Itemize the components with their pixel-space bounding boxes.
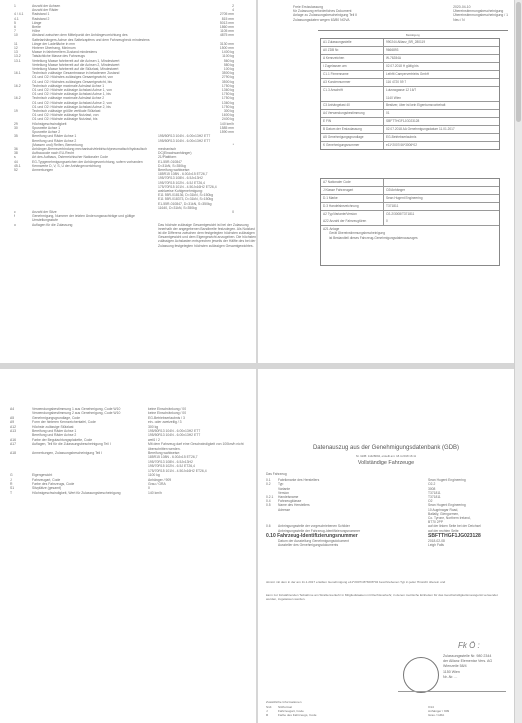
form-value: Lutzowgasse 12 16/7 1140 Wien	[384, 87, 499, 101]
data-row: THöchstgeschwindigkeit, Wert für Zulassu…	[0, 491, 256, 495]
form-key: A1 Zulassungsstelle	[321, 39, 384, 46]
form-value: Sean Hugent Engineering	[384, 195, 499, 202]
signature: Fk Ö :	[458, 641, 480, 650]
form-key: D.1 Marke	[321, 195, 384, 202]
vehicle-code	[266, 543, 278, 547]
data-label: Anmerkungen, Zulassungsbescheinigung Tei…	[32, 451, 148, 473]
spec-code: 52	[0, 168, 32, 210]
document-viewer: 1Anzahl der Achsen2Anzahl der Räder44 / …	[0, 0, 514, 723]
vehicle-code	[266, 508, 278, 525]
form-value: EG-Betriebserlaubnis	[384, 134, 499, 141]
conformity-paragraph: stimmt mit dem in der am 11.1.2017 ertei…	[266, 580, 506, 584]
form-value: W-76284A	[384, 55, 499, 62]
form-value: SBFTTHGF1JG023128	[384, 118, 499, 125]
spec-code: o	[0, 223, 32, 248]
registration-form: A1 Zulassungsstelle990244 Allianz_BR_280…	[320, 38, 500, 150]
form-key: B Datum der Erstzulassung	[321, 126, 384, 133]
form-row: D.1 MarkeSean Hugent Engineering	[321, 195, 499, 203]
form-key: A0 ZDB Nr.	[321, 47, 384, 54]
page-header: Freie Erstzulassung für Zulassung erford…	[293, 5, 508, 22]
form-row: A22 Anzahl der Fahrzeugtüren 0	[321, 218, 499, 226]
vehicle-value: Leigh Falls	[428, 543, 506, 547]
form-row: A4 Verwendungsbestimmung01	[321, 110, 499, 118]
spec-label: Anmerkungen	[32, 168, 150, 210]
vertical-scrollbar[interactable]	[514, 0, 522, 723]
data-code: A18	[0, 451, 32, 473]
vehicle-label: Adresse	[278, 508, 428, 525]
additional-data-list: A4Verwendungsbestimmung 1 aus Genehmigun…	[0, 407, 256, 495]
official-stamp-icon	[403, 657, 439, 693]
header-right: 2020-04-10 Übereinstimmungsbescheinigung…	[453, 5, 508, 22]
form-row: A0 ZDB Nr.9666893	[321, 47, 499, 55]
spec-value	[150, 214, 256, 222]
form-row: C1.1 FirmennameLeihfit Campervertriebs G…	[321, 71, 499, 79]
form-key: I Zugelassen am	[321, 63, 384, 70]
vehicle-row: Adresse10 Augrinagar Road, Ballally, Gle…	[266, 508, 506, 525]
document-page-4: Datenauszug aus der Genehmigungsdatenban…	[258, 369, 514, 723]
registration-paragraph: kann zur fortwährenden Teilnahme am Stra…	[266, 593, 506, 601]
form-value: 990244 Allianz_BR_280119	[384, 39, 499, 46]
document-subtitle: Nr. GDB: 11428094, erstellt am: 18.4.201…	[258, 454, 514, 458]
form-row: A3 Kundennummer116 4720 59 7	[321, 79, 499, 87]
form-value: Besitzer, über ist kein Eigentumsvorbeha…	[384, 102, 499, 109]
data-row: A18Anmerkungen, Zulassungsbescheinigung …	[0, 451, 256, 473]
vehicle-form: A7 Nationaler CodeJ Klasse FahrzeugartO2…	[320, 178, 500, 266]
additional-row: RFarbe des Fahrzeugs, CodeGrau / GRA	[266, 713, 506, 717]
form-key: A4 Verwendungsbestimmung	[321, 110, 384, 117]
document-page-2: Freie Erstzulassung für Zulassung erford…	[258, 0, 514, 363]
spec-list: 1Anzahl der Achsen2Anzahl der Räder44 / …	[0, 4, 256, 248]
data-value: Bereifung wahlweise: 185R15 108N - 6.00J…	[148, 451, 256, 473]
form-key: A7 Nationaler Code	[321, 179, 384, 186]
form-value: O2-2/3008/T371811	[384, 211, 499, 218]
spec-label: Genehmigung, Nummer der letzten Änderung…	[32, 214, 150, 222]
form-value	[384, 179, 499, 186]
form-row: A2 Typ/Variante/VersionO2-2/3008/T371811	[321, 211, 499, 218]
form-value: O2/Anhänger	[384, 187, 499, 194]
form-key: C1.1 Firmenname	[321, 71, 384, 78]
document-page-3: A4Verwendungsbestimmung 1 aus Genehmigun…	[0, 369, 256, 723]
spec-label: Auflagen für die Zulassung	[32, 223, 150, 248]
additional-code: R	[266, 713, 278, 717]
form-row: K Genehmigungsnummere11*2007/46*3006*02	[321, 142, 499, 149]
form-key: K Genehmigungsnummer	[321, 142, 384, 149]
data-label: Auflagen, Teil für die Zulassungsbeschei…	[32, 442, 148, 451]
form-row: A KennzeichenW-76284A	[321, 55, 499, 63]
form-row: E FINSBFTTHGF1JG023128	[321, 118, 499, 126]
vehicle-details: Das Fahrzeug 0.1Fabrikmarke des Herstell…	[266, 472, 506, 547]
form-key: C1.3 Anschrift	[321, 87, 384, 101]
spec-code: 10	[0, 33, 32, 41]
form-value: T371811	[384, 203, 499, 210]
section-title: Das Fahrzeug	[266, 472, 506, 476]
form-row: C1.3 AnschriftLutzowgasse 12 16/7 1140 W…	[321, 87, 499, 102]
form-value: 02.07.2018 H gültig bis	[384, 63, 499, 70]
header-left: Freie Erstzulassung für Zulassung erford…	[293, 5, 357, 22]
form-row: C3 Anhängelast 40Besitzer, über ist kein…	[321, 102, 499, 110]
form-row: B Datum der Erstzulassung02.07.2018 AA G…	[321, 126, 499, 134]
data-code: T	[0, 491, 32, 495]
form-value: e11*2007/46*3006*02	[384, 142, 499, 149]
vehicle-row: Aussteller des GenehmigungsdokumentsLeig…	[266, 543, 506, 547]
additional-label: Farbe des Fahrzeugs, Code	[278, 713, 428, 717]
form-key: A5 Genehmigungsgrundlage	[321, 134, 384, 141]
form-value: 01	[384, 110, 499, 117]
form-key: A Kennzeichen	[321, 55, 384, 62]
spec-row: fGenehmigung, Nummer der letzten Änderun…	[0, 214, 256, 222]
spec-value: Das höchste zulässige Gesamtgewicht ist …	[150, 223, 256, 248]
spec-code: f	[0, 214, 32, 222]
vehicle-value: 10 Augrinagar Road, Ballally, Glengormen…	[428, 508, 506, 525]
form-key: E FIN	[321, 118, 384, 125]
spec-row: oAuflagen für die ZulassungDas höchste z…	[0, 223, 256, 248]
annex-line: ist Bestandteil dieses Fahrzeug-Genehmig…	[329, 236, 497, 241]
form-row: D.3 HandelsbezeichnungT371811	[321, 203, 499, 211]
data-value: Mit dem Fahrzeug darf eine Geschwindigke…	[148, 442, 256, 451]
data-row: A17Auflagen, Teil für die Zulassungsbesc…	[0, 442, 256, 451]
document-heading: Vollständige Fahrzeuge	[258, 460, 514, 466]
data-code: A17	[0, 442, 32, 451]
spec-value: 4875 mm	[150, 33, 256, 41]
spec-row: 10Abstand zwischen dem Mittelpunkt der A…	[0, 33, 256, 41]
form-value: 02.07.2018 AA Genehmigungsdatum 11.01.20…	[384, 126, 499, 133]
form-value: Leihfit Campervertriebs GmbH	[384, 71, 499, 78]
form-row: J Klasse FahrzeugartO2/Anhänger	[321, 187, 499, 195]
form-key: A3 Kundennummer	[321, 79, 384, 86]
vehicle-label: Aussteller des Genehmigungsdokuments	[278, 543, 428, 547]
document-title: Datenauszug aus der Genehmigungsdatenban…	[258, 445, 514, 451]
signature-line	[398, 691, 506, 692]
form-key: D.3 Handelsbezeichnung	[321, 203, 384, 210]
stamp-text: Zulassungsstelle Nr. 980 2344 der Allian…	[443, 654, 492, 680]
additional-value: Grau / GRA	[428, 713, 506, 717]
form-row: I Zugelassen am02.07.2018 H gültig bis	[321, 63, 499, 71]
divider	[318, 30, 508, 31]
additional-info: Zusätzliche Informationen S14SitzformatO…	[266, 700, 506, 717]
form-value: 116 4720 59 7	[384, 79, 499, 86]
scrollbar-thumb[interactable]	[516, 2, 521, 122]
spec-label: Abstand zwischen dem Mittelpunkt der Anh…	[32, 33, 150, 41]
form-row: A5 GenehmigungsgrundlageEG-Betriebserlau…	[321, 134, 499, 142]
form-row: A1 Zulassungsstelle990244 Allianz_BR_280…	[321, 39, 499, 47]
form-key: C3 Anhängelast 40	[321, 102, 384, 109]
document-page-1: 1Anzahl der Achsen2Anzahl der Räder44 / …	[0, 0, 256, 363]
data-label: Höchstgeschwindigkeit, Wert für Zulassun…	[32, 491, 148, 495]
form-key: J Klasse Fahrzeugart	[321, 187, 384, 194]
spec-row: 52AnmerkungenBereifung wahlweise: 185R15…	[0, 168, 256, 210]
data-value: 140 km/h	[148, 491, 256, 495]
spec-value: Bereifung wahlweise: 185R15 108N - 6.00J…	[150, 168, 256, 210]
annex: A21 Anlage Gerät Übereinstimmungsbeschei…	[321, 226, 499, 242]
form-title: Bestätigung	[406, 34, 420, 37]
form-key: A2 Typ/Variante/Version	[321, 211, 384, 218]
form-row: A7 Nationaler Code	[321, 179, 499, 187]
form-value: 9666893	[384, 47, 499, 54]
